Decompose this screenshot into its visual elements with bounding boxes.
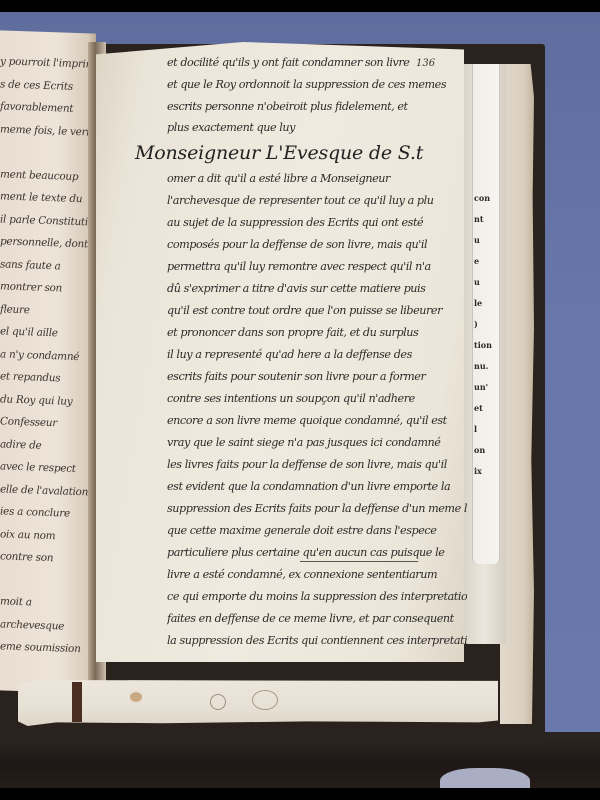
left-line: favorablement (0, 95, 96, 121)
left-line: eme soumission (0, 635, 96, 661)
left-line: montrer son (0, 275, 96, 301)
photo-frame: y pourroit l'imprim s de ces Ecrits favo… (0, 12, 600, 788)
left-line: meme fois, le verit (0, 118, 96, 144)
text-line: suppression des Ecrits faits pour la def… (167, 498, 467, 520)
slip-fragment: ix (474, 461, 502, 482)
left-line: personnelle, dont (0, 230, 96, 256)
text-line: l'archevesque de representer tout ce qu'… (167, 190, 467, 212)
text-line: et docilité qu'ils y ont fait condamner … (167, 52, 467, 74)
text-line: et que le Roy ordonnoit la suppression d… (167, 74, 467, 96)
text-line: il luy a representé qu'ad here a la deff… (167, 344, 467, 366)
text-line: faites en deffense de ce meme livre, et … (167, 608, 467, 630)
cloth (440, 768, 530, 788)
slip-fragment: e (474, 251, 502, 272)
text-line: escrits faits pour soutenir son livre po… (167, 366, 467, 388)
text-line: ce qui emporte du moins la suppression d… (167, 586, 467, 608)
slip-text: con nt u e u le ) tion nu. un' et l on i… (474, 188, 502, 482)
text-line: vray que le saint siege n'a pas jusques … (167, 432, 467, 454)
left-page: y pourroit l'imprim s de ces Ecrits favo… (0, 30, 96, 693)
left-line: Confesseur (0, 410, 96, 436)
text-line: plus exactement que luy (167, 118, 467, 138)
left-line: moit a (0, 590, 96, 616)
slip-fragment: tion (474, 335, 502, 356)
text-line: omer a dit qu'il a esté libre a Monseign… (167, 168, 467, 190)
text-line: les livres faits pour la deffense de son… (167, 454, 467, 476)
slip-fragment: u (474, 272, 502, 293)
text-line: composés pour la deffense de son livre, … (167, 234, 467, 256)
slip-fragment: u (474, 230, 502, 251)
left-page-text: y pourroit l'imprim s de ces Ecrits favo… (0, 50, 96, 661)
slip-fragment: le (474, 293, 502, 314)
text-line: la suppression des Ecrits qui contiennen… (167, 630, 467, 652)
slip-fragment: ) (474, 314, 502, 335)
left-line: ment le texte du (0, 185, 96, 211)
text-line: qu'il est contre tout ordre que l'on pui… (167, 300, 467, 322)
text-line: encore a son livre meme quoique condamné… (167, 410, 467, 432)
left-line: contre son (0, 545, 96, 571)
text-line: au sujet de la suppression des Ecrits qu… (167, 212, 467, 234)
left-line: avec le respect (0, 455, 96, 481)
text-line: que cette maxime generale doit estre dan… (167, 520, 467, 542)
text-line: escrits personne n'obeiroit plus fidelem… (167, 96, 467, 118)
left-line: ies a conclure (0, 500, 96, 526)
slip-fragment: nu. (474, 356, 502, 377)
text-line: est evident que la condamnation d'un liv… (167, 476, 467, 498)
slip-fragment: et (474, 398, 502, 419)
stain (210, 694, 226, 710)
slip-fragment: nt (474, 209, 502, 230)
text-line: permettra qu'il luy remontre avec respec… (167, 256, 467, 278)
slip-fragment: con (474, 188, 502, 209)
left-line: et repandus (0, 365, 96, 391)
left-line: y pourroit l'imprim (0, 50, 96, 76)
stain (252, 690, 278, 710)
text-line: particuliere plus certaine qu'en aucun c… (167, 542, 467, 564)
speaker-heading: Monseigneur L'Evesque de S.t (135, 138, 467, 168)
left-line: el qu'il aille (0, 320, 96, 346)
slip-fragment: l (474, 419, 502, 440)
slip-fragment: on (474, 440, 502, 461)
text-line: dû s'exprimer a titre d'avis sur cette m… (167, 278, 467, 300)
slip-fragment: un' (474, 377, 502, 398)
text-line: et prononcer dans son propre fait, et du… (167, 322, 467, 344)
text-line: contre ses intentions un soupçon qu'il n… (167, 388, 467, 410)
manuscript-text: et docilité qu'ils y ont fait condamner … (167, 52, 467, 652)
text-line: livre a esté condamné, ex connexione sen… (167, 564, 467, 586)
binding-tear (72, 682, 82, 722)
stain (130, 692, 142, 702)
